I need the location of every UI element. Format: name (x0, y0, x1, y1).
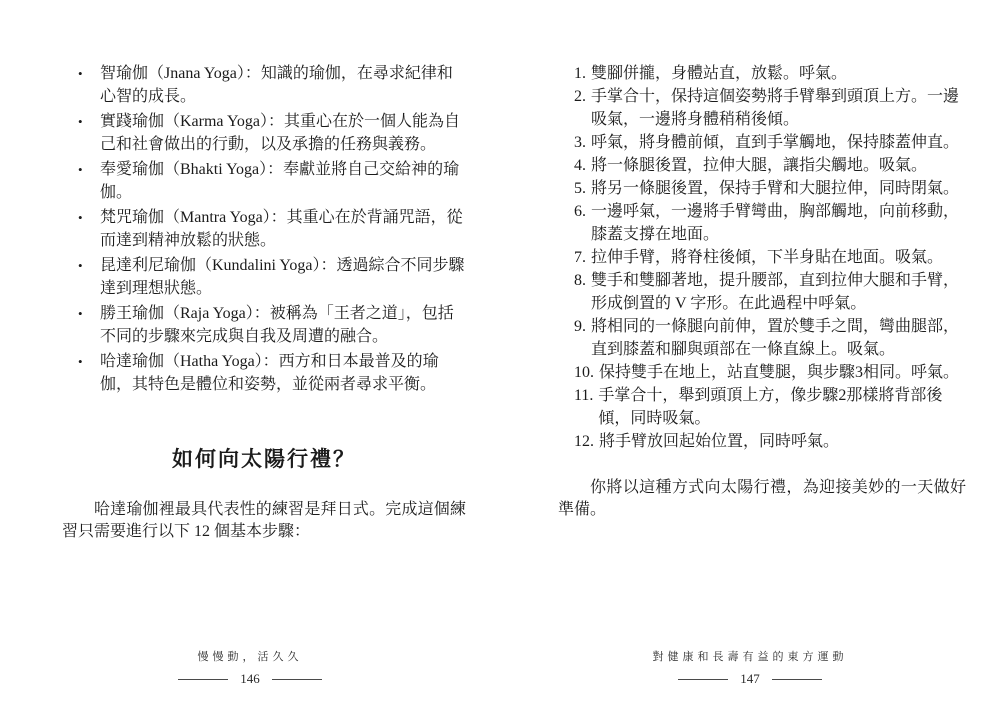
step-item: 6. 一邊呼氣，一邊將手臂彎曲，胸部觸地，向前移動，膝蓋支撐在地面。 (574, 200, 966, 246)
step-item: 12. 將手臂放回起始位置，同時呼氣。 (574, 430, 966, 453)
page-footer-right: 對健康和長壽有益的東方運動 147 (500, 648, 1000, 687)
page-number: 147 (740, 671, 760, 687)
page-number-row: 146 (0, 671, 500, 687)
step-text: 將一條腿後置，拉伸大腿，讓指尖觸地。吸氣。 (591, 154, 966, 177)
page-number-row: 147 (500, 671, 1000, 687)
yoga-type-list: • 智瑜伽（Jnana Yoga）：知識的瑜伽，在尋求紀律和心智的成長。 • 實… (62, 62, 466, 396)
step-number: 5. (574, 177, 586, 200)
yoga-type-text: 哈達瑜伽（Hatha Yoga）：西方和日本最普及的瑜伽，其特色是體位和姿勢，並… (100, 350, 466, 396)
step-item: 1. 雙腳併攏，身體站直，放鬆。呼氣。 (574, 62, 966, 85)
bullet-icon: • (78, 158, 100, 181)
yoga-type-text: 昆達利尼瑜伽（Kundalini Yoga）：透過綜合不同步驟達到理想狀態。 (100, 254, 466, 300)
step-number: 2. (574, 85, 586, 108)
step-number: 12. (574, 430, 594, 453)
step-text: 將相同的一條腿向前伸，置於雙手之間，彎曲腿部，直到膝蓋和腳與頭部在一條直線上。吸… (591, 315, 966, 361)
yoga-type-item: • 奉愛瑜伽（Bhakti Yoga）：奉獻並將自己交給神的瑜伽。 (62, 158, 466, 204)
step-number: 11. (574, 384, 593, 407)
page-right: 1. 雙腳併攏，身體站直，放鬆。呼氣。 2. 手掌合十，保持這個姿勢將手臂舉到頭… (500, 0, 1000, 710)
step-text: 將手臂放回起始位置，同時呼氣。 (599, 430, 966, 453)
page-left: • 智瑜伽（Jnana Yoga）：知識的瑜伽，在尋求紀律和心智的成長。 • 實… (0, 0, 500, 710)
yoga-type-text: 梵咒瑜伽（Mantra Yoga）：其重心在於背誦咒語，從而達到精神放鬆的狀態。 (100, 206, 466, 252)
step-text: 保持雙手在地上，站直雙腿，與步驟3相同。呼氣。 (599, 361, 966, 384)
step-text: 拉伸手臂，將脊柱後傾，下半身貼在地面。吸氣。 (591, 246, 966, 269)
step-item: 11. 手掌合十，舉到頭頂上方，像步驟2那樣將背部後傾，同時吸氣。 (574, 384, 966, 430)
step-item: 3. 呼氣，將身體前傾，直到手掌觸地，保持膝蓋伸直。 (574, 131, 966, 154)
step-number: 1. (574, 62, 586, 85)
step-text: 手掌合十，舉到頭頂上方，像步驟2那樣將背部後傾，同時吸氣。 (598, 384, 966, 430)
step-number: 6. (574, 200, 586, 223)
step-text: 一邊呼氣，一邊將手臂彎曲，胸部觸地，向前移動，膝蓋支撐在地面。 (591, 200, 966, 246)
yoga-type-item: • 梵咒瑜伽（Mantra Yoga）：其重心在於背誦咒語，從而達到精神放鬆的狀… (62, 206, 466, 252)
sun-salutation-steps: 1. 雙腳併攏，身體站直，放鬆。呼氣。 2. 手掌合十，保持這個姿勢將手臂舉到頭… (558, 62, 966, 453)
yoga-type-item: • 勝王瑜伽（Raja Yoga）：被稱為「王者之道」，包括不同的步驟來完成與自… (62, 302, 466, 348)
step-item: 10. 保持雙手在地上，站直雙腿，與步驟3相同。呼氣。 (574, 361, 966, 384)
section-heading: 如何向太陽行禮？ (62, 443, 466, 473)
step-text: 雙手和雙腳著地，提升腰部，直到拉伸大腿和手臂，形成倒置的 V 字形。在此過程中呼… (591, 269, 966, 315)
closing-paragraph: 你將以這種方式向太陽行禮，為迎接美妙的一天做好準備。 (558, 477, 966, 521)
step-text: 雙腳併攏，身體站直，放鬆。呼氣。 (591, 62, 966, 85)
footer-rule (772, 679, 822, 680)
step-item: 7. 拉伸手臂，將脊柱後傾，下半身貼在地面。吸氣。 (574, 246, 966, 269)
intro-paragraph: 哈達瑜伽裡最具代表性的練習是拜日式。完成這個練習只需要進行以下 12 個基本步驟… (62, 499, 466, 543)
step-item: 8. 雙手和雙腳著地，提升腰部，直到拉伸大腿和手臂，形成倒置的 V 字形。在此過… (574, 269, 966, 315)
yoga-type-item: • 哈達瑜伽（Hatha Yoga）：西方和日本最普及的瑜伽，其特色是體位和姿勢… (62, 350, 466, 396)
bullet-icon: • (78, 110, 100, 133)
bullet-icon: • (78, 62, 100, 85)
page-number: 146 (240, 671, 260, 687)
running-title: 對健康和長壽有益的東方運動 (500, 648, 1000, 664)
bullet-icon: • (78, 302, 100, 325)
step-number: 7. (574, 246, 586, 269)
step-text: 呼氣，將身體前傾，直到手掌觸地，保持膝蓋伸直。 (591, 131, 966, 154)
yoga-type-text: 智瑜伽（Jnana Yoga）：知識的瑜伽，在尋求紀律和心智的成長。 (100, 62, 466, 108)
running-title: 慢慢動，活久久 (0, 648, 500, 664)
footer-rule (272, 679, 322, 680)
left-page-content: • 智瑜伽（Jnana Yoga）：知識的瑜伽，在尋求紀律和心智的成長。 • 實… (62, 62, 466, 543)
step-item: 4. 將一條腿後置，拉伸大腿，讓指尖觸地。吸氣。 (574, 154, 966, 177)
bullet-icon: • (78, 350, 100, 373)
yoga-type-text: 勝王瑜伽（Raja Yoga）：被稱為「王者之道」，包括不同的步驟來完成與自我及… (100, 302, 466, 348)
yoga-type-item: • 智瑜伽（Jnana Yoga）：知識的瑜伽，在尋求紀律和心智的成長。 (62, 62, 466, 108)
bullet-icon: • (78, 206, 100, 229)
step-number: 9. (574, 315, 586, 338)
step-item: 9. 將相同的一條腿向前伸，置於雙手之間，彎曲腿部，直到膝蓋和腳與頭部在一條直線… (574, 315, 966, 361)
footer-rule (178, 679, 228, 680)
right-page-content: 1. 雙腳併攏，身體站直，放鬆。呼氣。 2. 手掌合十，保持這個姿勢將手臂舉到頭… (558, 62, 966, 521)
yoga-type-item: • 實踐瑜伽（Karma Yoga）：其重心在於一個人能為自己和社會做出的行動，… (62, 110, 466, 156)
yoga-type-item: • 昆達利尼瑜伽（Kundalini Yoga）：透過綜合不同步驟達到理想狀態。 (62, 254, 466, 300)
yoga-type-text: 實踐瑜伽（Karma Yoga）：其重心在於一個人能為自己和社會做出的行動，以及… (100, 110, 466, 156)
step-text: 將另一條腿後置，保持手臂和大腿拉伸，同時閉氣。 (591, 177, 966, 200)
step-item: 5. 將另一條腿後置，保持手臂和大腿拉伸，同時閉氣。 (574, 177, 966, 200)
footer-rule (678, 679, 728, 680)
step-number: 10. (574, 361, 594, 384)
step-item: 2. 手掌合十，保持這個姿勢將手臂舉到頭頂上方。一邊吸氣，一邊將身體稍稍後傾。 (574, 85, 966, 131)
step-text: 手掌合十，保持這個姿勢將手臂舉到頭頂上方。一邊吸氣，一邊將身體稍稍後傾。 (591, 85, 966, 131)
step-number: 8. (574, 269, 586, 292)
page-footer-left: 慢慢動，活久久 146 (0, 648, 500, 687)
step-number: 3. (574, 131, 586, 154)
book-spread: • 智瑜伽（Jnana Yoga）：知識的瑜伽，在尋求紀律和心智的成長。 • 實… (0, 0, 1000, 710)
yoga-type-text: 奉愛瑜伽（Bhakti Yoga）：奉獻並將自己交給神的瑜伽。 (100, 158, 466, 204)
bullet-icon: • (78, 254, 100, 277)
step-number: 4. (574, 154, 586, 177)
